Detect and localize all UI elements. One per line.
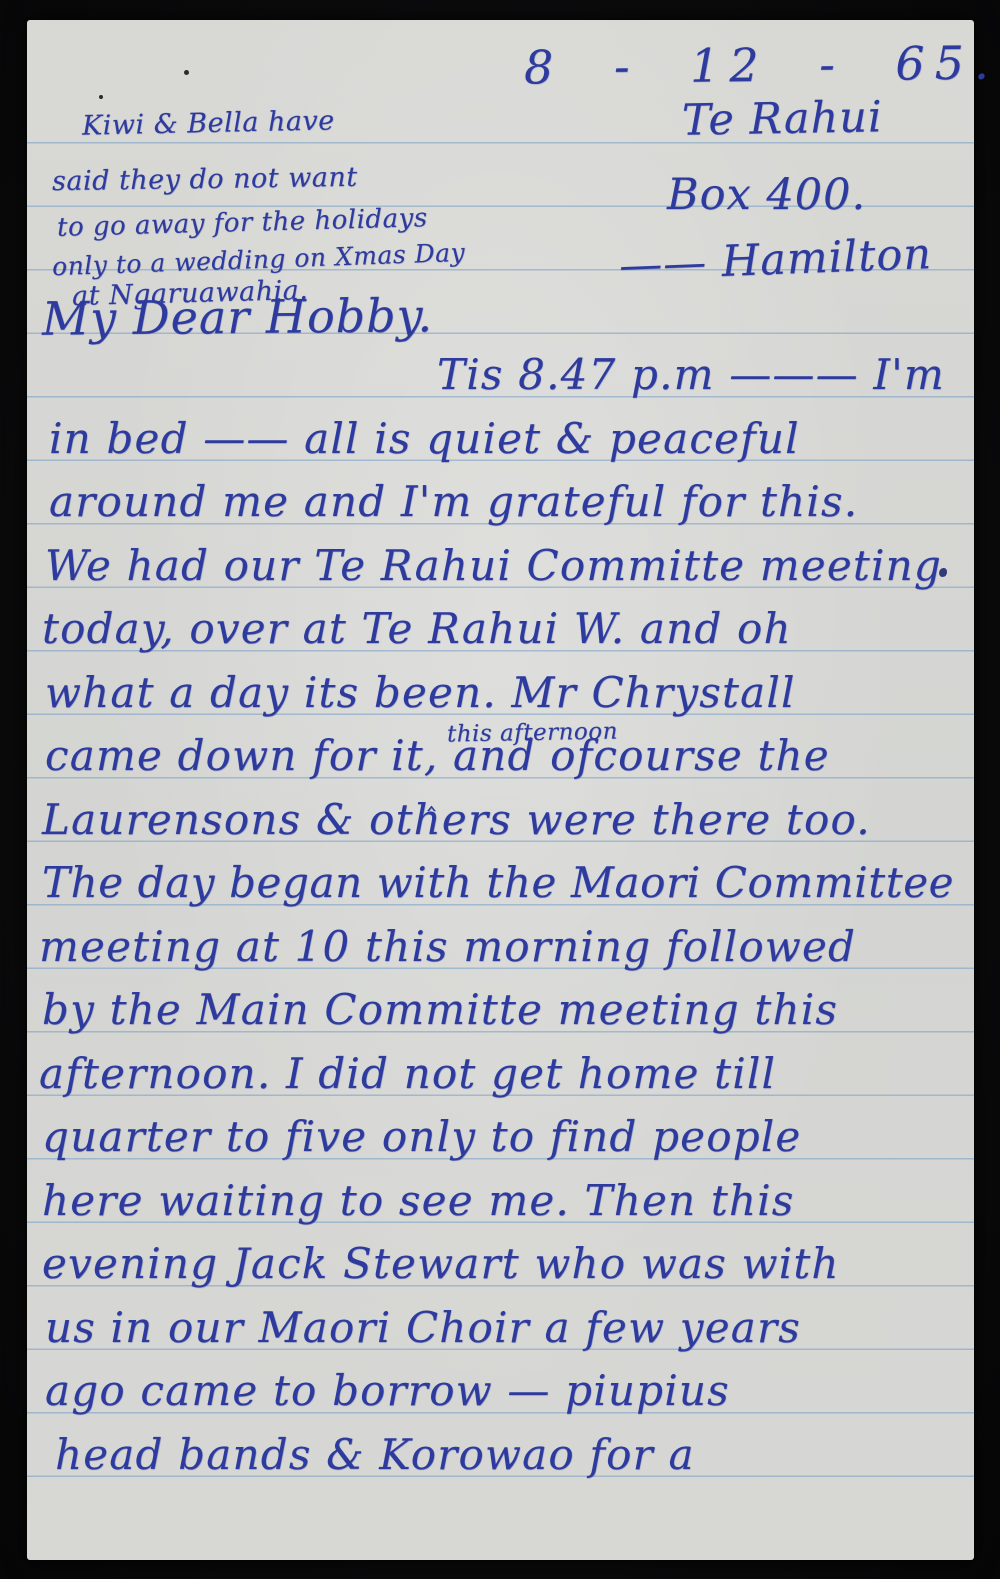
body-line: evening Jack Stewart who was with bbox=[42, 1235, 840, 1293]
body-line: ago came to borrow — piupius bbox=[45, 1362, 730, 1420]
body-line: today, over at Te Rahui W. and oh bbox=[42, 600, 792, 658]
body-line: meeting at 10 this morning followed bbox=[39, 918, 856, 976]
margin-note-line: Kiwi & Bella have bbox=[82, 101, 336, 146]
body-line: came down for it, and ofcourse the bbox=[45, 727, 830, 785]
body-line: We had our Te Rahui Committe meeting bbox=[45, 537, 942, 595]
body-line: head bands & Korowao for a bbox=[55, 1426, 695, 1484]
address-line-1: Te Rahui bbox=[682, 92, 883, 145]
salutation: My Dear Hobby. bbox=[42, 288, 434, 345]
paper-speck bbox=[99, 95, 103, 99]
margin-note-line: said they do not want bbox=[52, 158, 358, 202]
address-line-2: Box 400. bbox=[667, 170, 866, 220]
address-city: Hamilton bbox=[721, 229, 933, 287]
body-line: Tis 8.47 p.m ——— I'm bbox=[437, 346, 945, 404]
letter-date: 8 - 12 - 65. bbox=[524, 36, 999, 95]
body-line: what a day its been. Mr Chrystall bbox=[45, 664, 796, 722]
body-line: Laurensons & others were there too. bbox=[42, 791, 871, 849]
body-line: in bed —— all is quiet & peaceful bbox=[49, 410, 800, 468]
paper-speck bbox=[184, 70, 189, 75]
body-line: here waiting to see me. Then this bbox=[42, 1172, 795, 1230]
body-line: afternoon. I did not get home till bbox=[39, 1045, 776, 1103]
body-line: around me and I'm grateful for this. bbox=[49, 473, 858, 531]
photo-background: 8 - 12 - 65. Kiwi & Bella have said they… bbox=[0, 0, 1000, 1579]
pen-flourish: —— bbox=[618, 238, 708, 291]
body-line: by the Main Committe meeting this bbox=[42, 981, 838, 1039]
letter-paper: 8 - 12 - 65. Kiwi & Bella have said they… bbox=[27, 20, 974, 1560]
body-line: us in our Maori Choir a few years bbox=[45, 1299, 801, 1357]
body-line: quarter to five only to find people bbox=[42, 1108, 801, 1166]
body-line: The day began with the Maori Committee bbox=[42, 854, 954, 912]
